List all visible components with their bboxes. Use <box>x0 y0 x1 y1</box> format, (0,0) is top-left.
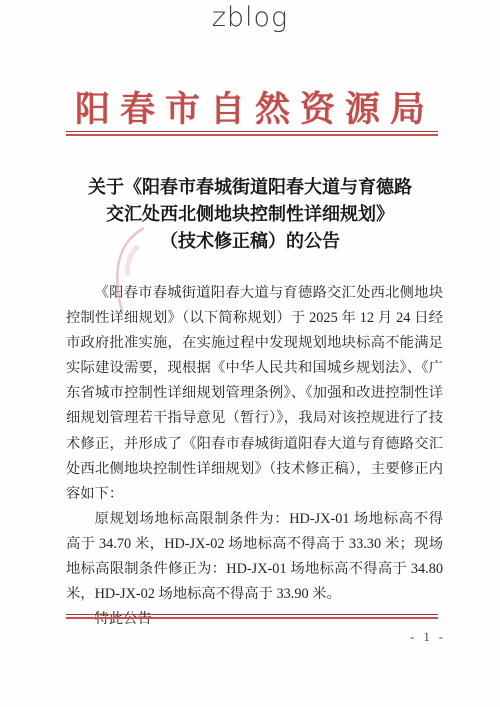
notice-title-line-3: （技术修正稿）的公告 <box>30 228 470 255</box>
notice-closing-line: 特此公告 <box>66 607 443 632</box>
notice-paragraph-2: 原规划场地标高限制条件为：HD-JX-01 场地标高不得高于 34.70 米，H… <box>66 507 443 607</box>
notice-body: 《阳春市春城街道阳春大道与育德路交汇处西北侧地块控制性详细规划》（以下简称规划）… <box>66 281 443 632</box>
notice-title-line-1: 关于《阳春市春城街道阳春大道与育德路 <box>30 174 470 201</box>
site-logo-text[interactable]: zblog <box>0 2 500 33</box>
notice-title: 关于《阳春市春城街道阳春大道与育德路 交汇处西北侧地块控制性详细规划》 （技术修… <box>30 174 470 255</box>
letterhead-divider <box>66 131 438 136</box>
issuing-authority-letterhead: 阳春市自然资源局 <box>0 82 500 132</box>
notice-paragraph-1: 《阳春市春城街道阳春大道与育德路交汇处西北侧地块控制性详细规划》（以下简称规划）… <box>66 281 443 507</box>
footer-divider <box>66 614 438 619</box>
page-number: - 1 - <box>410 630 446 645</box>
document-page: zblog 阳春市自然资源局 关于《阳春市春城街道阳春大道与育德路 交汇处西北侧… <box>0 0 500 707</box>
notice-title-line-2: 交汇处西北侧地块控制性详细规划》 <box>30 201 470 228</box>
